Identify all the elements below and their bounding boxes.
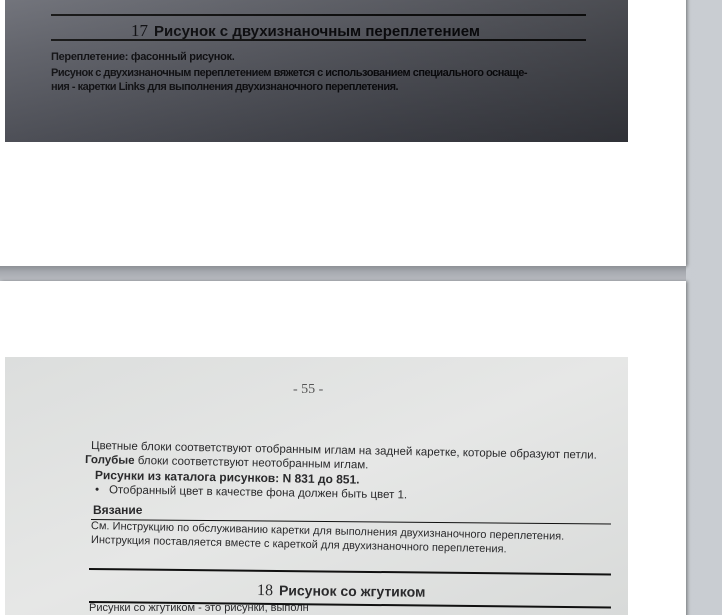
subtitle-line: Переплетение: фасонный рисунок. xyxy=(51,51,235,63)
knitting-heading: Вязание xyxy=(93,503,142,517)
divider-line xyxy=(89,568,611,575)
paragraph-line-partial: Рисунки со жгутиком - это рисунки, выпол… xyxy=(89,602,309,614)
section-number: 18 xyxy=(257,582,273,599)
section-title: Рисунок с двухизнаночным переплетением xyxy=(154,23,480,40)
subtitle-label: Переплетение: xyxy=(51,51,128,63)
section-number: 17 xyxy=(131,21,148,40)
scanned-image-2: - 55 - Цветные блоки соответствуют отобр… xyxy=(5,357,628,615)
page-gap xyxy=(0,266,686,281)
bullet-text: Отобранный цвет в качестве фона должен б… xyxy=(109,484,407,501)
paragraph-line: ния - каретки Links для выполнения двухи… xyxy=(51,81,398,93)
document-page-1: дится в его упаковке. 17Рисунок с двухиз… xyxy=(0,0,686,266)
section-title: Рисунок со жгутиком xyxy=(279,582,426,600)
divider-line xyxy=(51,39,586,41)
bullet-item: •Отобранный цвет в качестве фона должен … xyxy=(95,484,407,501)
section-heading-18: 18Рисунок со жгутиком xyxy=(257,582,426,602)
scanned-image-1: дится в его упаковке. 17Рисунок с двухиз… xyxy=(5,0,628,142)
bullet-icon: • xyxy=(95,484,99,496)
paragraph-line: Рисунок с двухизнаночным переплетением в… xyxy=(51,67,527,79)
divider-line xyxy=(51,14,586,16)
section-heading-17: 17Рисунок с двухизнаночным переплетением xyxy=(131,21,480,41)
bold-word: Голубые xyxy=(85,454,135,467)
scan-page-number: - 55 - xyxy=(293,382,323,398)
subtitle-value: фасонный рисунок. xyxy=(131,51,235,63)
